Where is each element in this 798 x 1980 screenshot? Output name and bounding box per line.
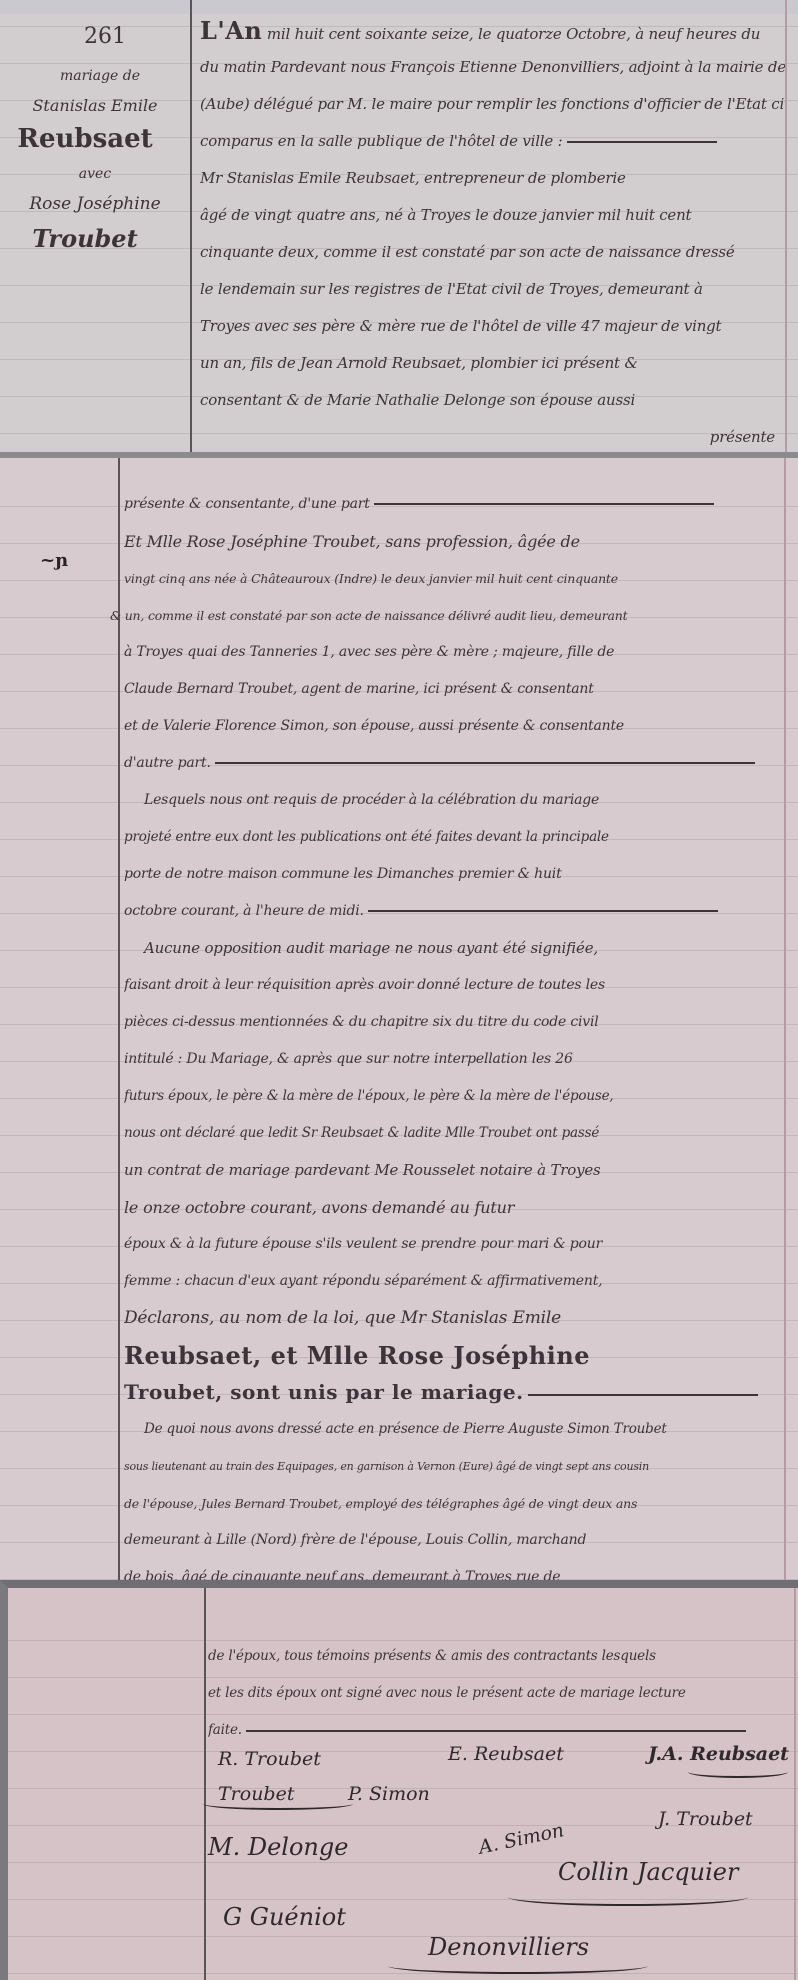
page3-text: de l'époux, tous témoins présents & amis… <box>208 1638 788 1749</box>
text-line: du matin Pardevant nous François Etienne… <box>200 49 785 86</box>
text-line: un contrat de mariage pardevant Me Rouss… <box>124 1152 782 1189</box>
signature-g-gueniot: G Guéniot <box>223 1903 346 1931</box>
signature-r-troubet: R. Troubet <box>218 1748 321 1770</box>
text-line: et de Valerie Florence Simon, son épouse… <box>124 708 782 745</box>
text-line: présente <box>200 419 785 452</box>
text-line: Troyes avec ses père & mère rue de l'hôt… <box>200 308 785 345</box>
text-line: vingt cinq ans née à Châteauroux (Indre)… <box>124 560 782 597</box>
text-line: présente & consentante, d'une part <box>124 486 782 523</box>
text-line: le onze octobre courant, avons demandé a… <box>124 1189 782 1226</box>
signature-denonvilliers: Denonvilliers <box>428 1933 589 1961</box>
page1-text: L'An mil huit cent soixante seize, le qu… <box>200 12 785 452</box>
text-line: Troubet, sont unis par le mariage. <box>124 1374 782 1411</box>
signature-flourish <box>203 1798 353 1810</box>
right-edge-rule <box>784 458 786 1580</box>
text-line: nous ont déclaré que ledit Sr Reubsaet &… <box>124 1115 782 1152</box>
text-line: cinquante deux, comme il est constaté pa… <box>200 234 785 271</box>
text-line: (Aube) délégué par M. le maire pour remp… <box>200 86 785 123</box>
text-line: intitulé : Du Mariage, & après que sur n… <box>124 1041 782 1078</box>
text-line: à Troyes quai des Tanneries 1, avec ses … <box>124 634 782 671</box>
signature-flourish <box>508 1888 748 1906</box>
text-line: le lendemain sur les registres de l'Etat… <box>200 271 785 308</box>
register-page-1: 261 mariage de Stanislas Emile Reubsaet … <box>0 0 798 452</box>
page2-text: présente & consentante, d'une part Et Ml… <box>124 486 782 1580</box>
margin-rule <box>190 0 192 452</box>
text-line: femme : chacun d'eux ayant répondu sépar… <box>124 1263 782 1300</box>
filler-rule <box>215 762 755 764</box>
text-line: comparus en la salle publique de l'hôtel… <box>200 123 785 160</box>
signature-p-simon: P. Simon <box>348 1783 430 1805</box>
signature-j-troubet: J. Troubet <box>658 1808 753 1830</box>
text-line: sous lieutenant au train des Equipages, … <box>124 1448 782 1485</box>
text-line: & un, comme il est constaté par son acte… <box>110 597 782 634</box>
margin-rule <box>204 1588 206 1980</box>
signature-e-reubsaet: E. Reubsaet <box>448 1743 564 1765</box>
filler-rule <box>567 141 717 143</box>
text-line: Déclarons, au nom de la loi, que Mr Stan… <box>124 1300 782 1337</box>
text-line: consentant & de Marie Nathalie Delonge s… <box>200 382 785 419</box>
signature-collin: Collin Jacquier <box>558 1858 738 1886</box>
record-number: 261 <box>30 24 180 49</box>
margin-conjunction: avec <box>0 166 190 182</box>
signature-flourish <box>688 1766 788 1778</box>
filler-rule <box>368 910 718 912</box>
text-line: un an, fils de Jean Arnold Reubsaet, plo… <box>200 345 785 382</box>
margin-reference-mark: ~ɲ <box>40 550 68 571</box>
margin-bride-given: Rose Joséphine <box>0 194 190 214</box>
margin-groom-surname: Reubsaet <box>0 124 170 154</box>
text-line: De quoi nous avons dressé acte en présen… <box>124 1411 782 1448</box>
text-line: L'An mil huit cent soixante seize, le qu… <box>200 12 785 49</box>
margin-bride-surname: Troubet <box>0 224 170 253</box>
signature-m-delonge: M. Delonge <box>208 1833 348 1861</box>
text-line: octobre courant, à l'heure de midi. <box>124 893 782 930</box>
text-line: d'autre part. <box>124 745 782 782</box>
text-line: demeurant à Lille (Nord) frère de l'épou… <box>124 1522 782 1559</box>
text-line: Et Mlle Rose Joséphine Troubet, sans pro… <box>124 523 782 560</box>
signature-a-simon: A. Simon <box>477 1819 566 1859</box>
signature-ja-reubsaet: J.A. Reubsaet <box>648 1743 789 1765</box>
register-page-3: de l'époux, tous témoins présents & amis… <box>0 1580 798 1980</box>
filler-rule <box>528 1394 758 1396</box>
text-line: époux & à la future épouse s'ils veulent… <box>124 1226 782 1263</box>
text-line: de l'épouse, Jules Bernard Troubet, empl… <box>124 1485 782 1522</box>
text-line: Lesquels nous ont requis de procéder à l… <box>124 782 782 819</box>
text-line: Mr Stanislas Emile Reubsaet, entrepreneu… <box>200 160 785 197</box>
text-line: projeté entre eux dont les publications … <box>124 819 782 856</box>
right-edge-rule <box>794 1588 796 1980</box>
filler-rule <box>374 503 714 505</box>
text-line: et les dits époux ont signé avec nous le… <box>208 1675 788 1712</box>
text-line: pièces ci-dessus mentionnées & du chapit… <box>124 1004 782 1041</box>
text-line: de bois, âgé de cinquante neuf ans, deme… <box>124 1559 782 1580</box>
signature-flourish <box>388 1958 648 1974</box>
text-line: futurs époux, le père & la mère de l'épo… <box>124 1078 782 1115</box>
register-page-2: ~ɲ présente & consentante, d'une part Et… <box>0 452 798 1580</box>
text-line: porte de notre maison commune les Dimanc… <box>124 856 782 893</box>
text-line: âgé de vingt quatre ans, né à Troyes le … <box>200 197 785 234</box>
text-line: Reubsaet, et Mlle Rose Joséphine <box>124 1337 782 1374</box>
text-line: Aucune opposition audit mariage ne nous … <box>124 930 782 967</box>
margin-groom-given: Stanislas Emile <box>0 96 190 115</box>
text-line: Claude Bernard Troubet, agent de marine,… <box>124 671 782 708</box>
filler-rule <box>246 1730 746 1732</box>
right-edge-rule <box>785 0 787 452</box>
text-line: de l'époux, tous témoins présents & amis… <box>208 1638 788 1675</box>
text-line: faisant droit à leur réquisition après a… <box>124 967 782 1004</box>
margin-type: mariage de <box>10 68 190 84</box>
